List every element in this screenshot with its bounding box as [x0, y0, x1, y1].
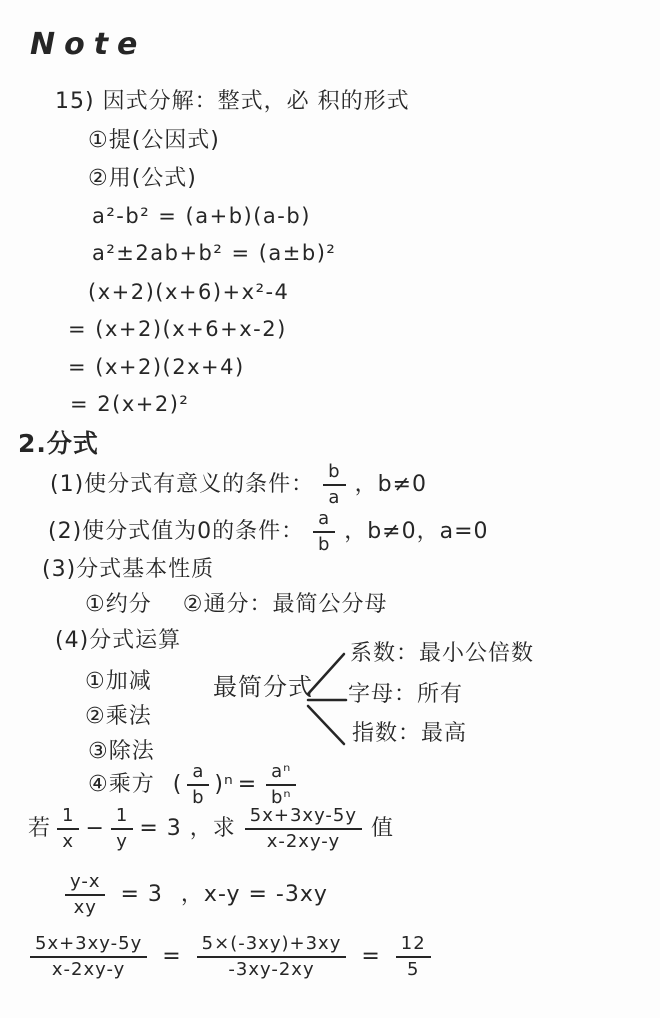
- fraction-a-over-b: a b: [313, 509, 335, 555]
- step1-equals-3: = 3: [120, 881, 162, 910]
- formula-perfect-square: a²±2ab+b² = (a±b)²: [92, 240, 336, 267]
- fraction-denominator: -3xy-2xy: [228, 958, 314, 980]
- reduce-and-common-denominator: ①约分 ②通分：最简公分母: [85, 591, 387, 620]
- op-power-with-rule: ④乘方 ( a b )ⁿ = aⁿ bⁿ: [88, 762, 301, 808]
- problem-mid: = 3 ，求: [139, 815, 235, 844]
- fraction-b-over-a: b a: [323, 462, 345, 508]
- example-step-2: = (x+2)(2x+4): [68, 354, 245, 381]
- fraction-numerator: b: [323, 462, 345, 486]
- fraction-numerator: a: [187, 762, 209, 786]
- power-rparen-exponent: )ⁿ: [214, 771, 233, 800]
- fraction-1-over-y: 1 y: [111, 806, 133, 852]
- fraction-numerator: 5x+3xy-5y: [245, 806, 362, 830]
- problem-prefix: 若: [28, 815, 51, 844]
- operations-heading: (4)分式运算: [55, 627, 181, 656]
- fraction-numerator: y-x: [65, 872, 105, 896]
- fraction-denominator: y: [116, 830, 128, 852]
- fraction-numerator: aⁿ: [266, 762, 296, 786]
- factorization-step-1: ①提(公因式): [88, 127, 220, 156]
- condition-2-prefix: (2)使分式值为0的条件：: [48, 518, 304, 547]
- fraction-denominator: b: [318, 533, 330, 555]
- fraction-denominator: x: [62, 830, 74, 852]
- fraction-an-over-bn: aⁿ bⁿ: [266, 762, 296, 808]
- fraction-1-over-x: 1 x: [57, 806, 79, 852]
- problem-step-1: y-x xy = 3 ，x-y = -3xy: [60, 872, 328, 918]
- op-add-subtract: ①加减: [85, 668, 152, 697]
- step1-rest: ，x-y = -3xy: [181, 881, 328, 910]
- problem-given-line: 若 1 x − 1 y = 3 ，求 5x+3xy-5y x-2xy-y 值: [28, 806, 394, 852]
- fraction-denominator: b: [192, 786, 204, 808]
- problem-step-2: 5x+3xy-5y x-2xy-y = 5×(-3xy)+3xy -3xy-2x…: [25, 934, 436, 980]
- power-equals: =: [238, 771, 257, 800]
- equals-sign: =: [162, 943, 181, 972]
- fraction-numerator: 5x+3xy-5y: [30, 934, 147, 958]
- factorization-step-2: ②用(公式): [88, 165, 197, 194]
- fraction-numerator: a: [313, 509, 335, 533]
- fraction-target-expression: 5x+3xy-5y x-2xy-y: [30, 934, 147, 980]
- fraction-numerator: 12: [396, 934, 431, 958]
- branch-exponent: 指数：最高: [352, 720, 467, 749]
- minus-sign: −: [85, 815, 104, 844]
- fraction-denominator: xy: [74, 896, 97, 918]
- fraction-numerator: 1: [57, 806, 79, 830]
- branch-lines: [302, 646, 350, 750]
- factorization-heading: 15) 因式分解：整式，必 积的形式: [55, 88, 410, 117]
- fraction-denominator: x-2xy-y: [52, 958, 125, 980]
- power-lparen: (: [173, 771, 183, 800]
- fraction-numerator: 1: [111, 806, 133, 830]
- handwritten-note-page: Note 15) 因式分解：整式，必 积的形式 ①提(公因式) ②用(公式) a…: [0, 0, 660, 1018]
- example-step-3: = 2(x+2)²: [70, 391, 189, 418]
- example-step-1: = (x+2)(x+6+x-2): [68, 316, 287, 343]
- fraction-substituted-expression: 5×(-3xy)+3xy -3xy-2xy: [197, 934, 347, 980]
- fraction-yx-over-xy: y-x xy: [65, 872, 105, 918]
- fraction-target-expression: 5x+3xy-5y x-2xy-y: [245, 806, 362, 852]
- note-title: Note: [30, 25, 146, 64]
- example-expression: (x+2)(x+6)+x²-4: [88, 279, 289, 306]
- condition-2-suffix: ，b≠0，a=0: [344, 518, 488, 547]
- basic-property-heading: (3)分式基本性质: [42, 556, 214, 585]
- condition-1-suffix: ，b≠0: [355, 471, 427, 500]
- equals-sign: =: [361, 943, 380, 972]
- branch-letters: 字母：所有: [348, 681, 463, 710]
- problem-suffix: 值: [371, 815, 394, 844]
- fraction-denominator: 5: [407, 958, 419, 980]
- formula-difference-of-squares: a²-b² = (a+b)(a-b): [92, 203, 311, 230]
- diagram-root-label: 最简分式: [213, 672, 313, 703]
- op-multiply: ②乘法: [85, 703, 152, 732]
- branch-coefficient: 系数：最小公倍数: [350, 640, 534, 669]
- fraction-result-12-over-5: 12 5: [396, 934, 431, 980]
- condition-1-prefix: (1)使分式有意义的条件：: [50, 471, 314, 500]
- fraction-a-over-b: a b: [187, 762, 209, 808]
- op-power-label: ④乘方: [88, 771, 155, 800]
- fraction-denominator: a: [328, 486, 340, 508]
- fractions-heading: 2.分式: [18, 428, 99, 461]
- fraction-numerator: 5×(-3xy)+3xy: [197, 934, 347, 958]
- fraction-condition-meaningful: (1)使分式有意义的条件： b a ，b≠0: [50, 462, 427, 508]
- fraction-denominator: x-2xy-y: [267, 830, 340, 852]
- fraction-condition-zero-value: (2)使分式值为0的条件： a b ，b≠0，a=0: [48, 509, 489, 555]
